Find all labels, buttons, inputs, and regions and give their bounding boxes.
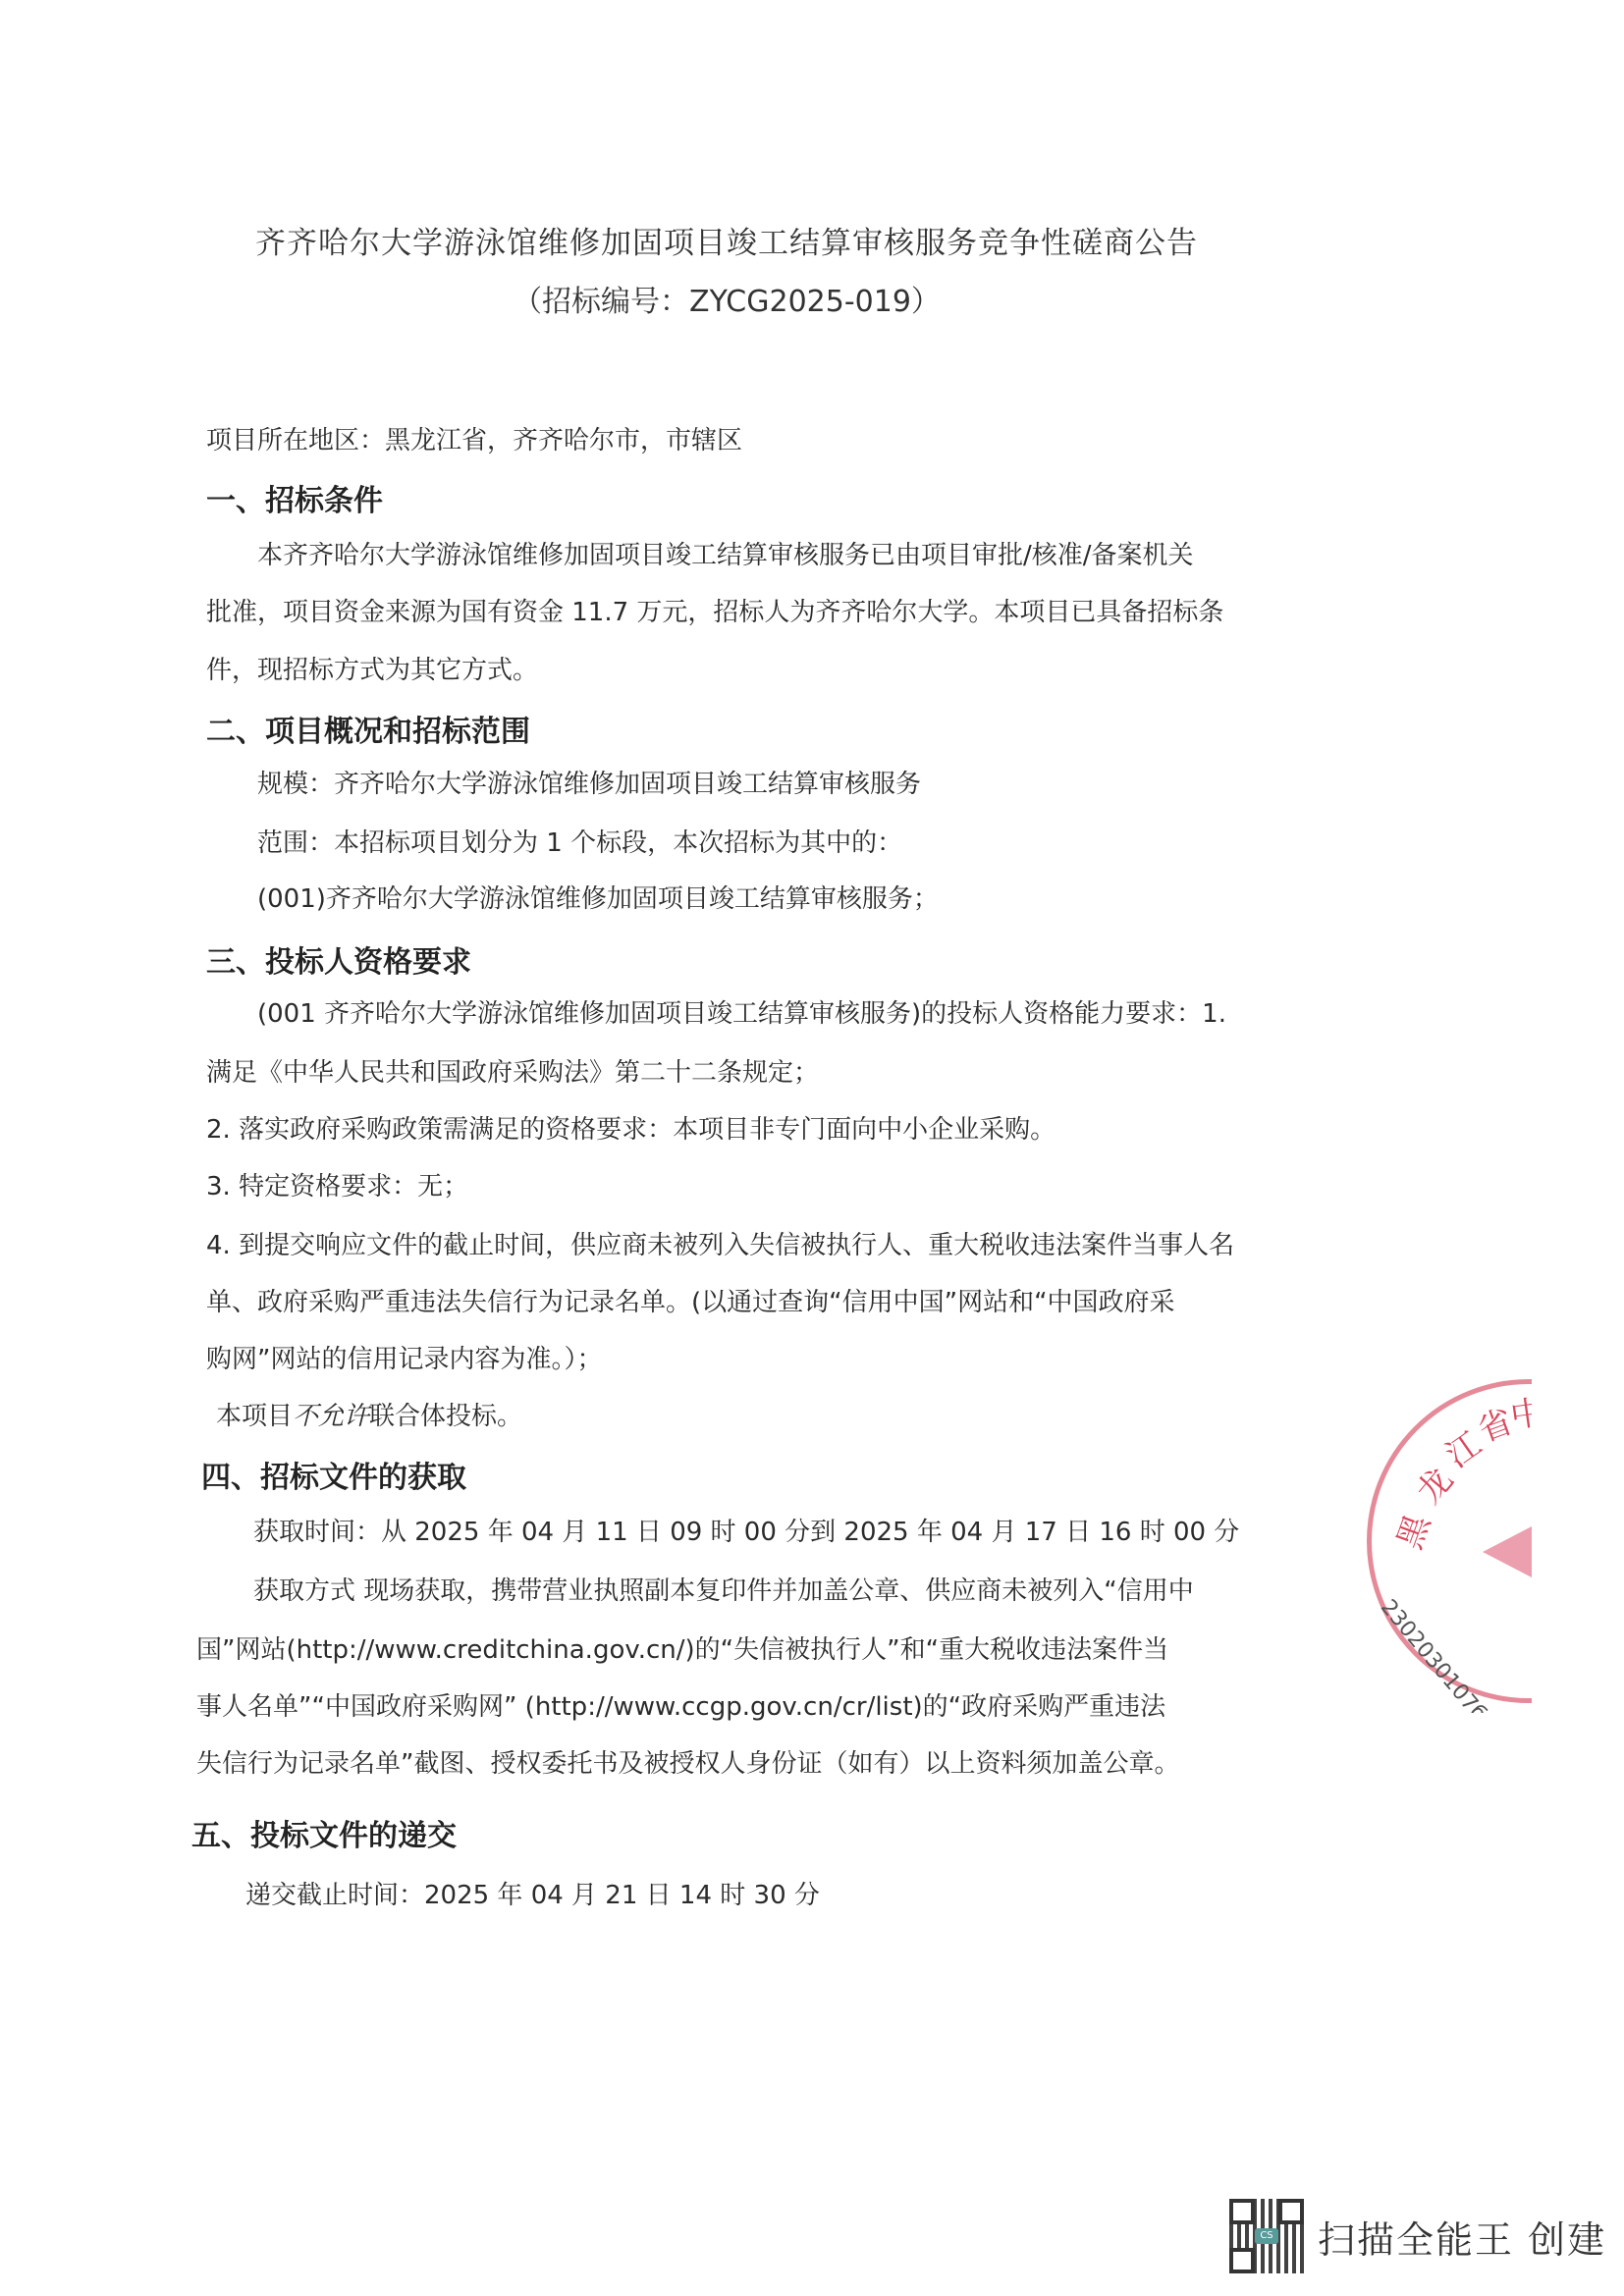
section-3-line: 购网”网站的信用记录内容为准。）； (206, 1339, 602, 1375)
section-heading-2: 二、项目概况和招标范围 (206, 707, 530, 750)
section-2-line: (001)齐齐哈尔大学游泳馆维修加固项目竣工结算审核服务； (257, 879, 939, 915)
scanned-document-page: 齐齐哈尔大学游泳馆维修加固项目竣工结算审核服务竞争性磋商公告 （招标编号：ZYC… (0, 0, 1624, 2296)
consortium-suffix: 联合体投标。 (369, 1402, 522, 1431)
section-4-line: 获取时间：从 2025 年 04 月 11 日 09 时 00 分到 2025 … (253, 1512, 1239, 1548)
official-seal: 黑 龙 江 省 中 2302030107б1 (1355, 1369, 1532, 1713)
section-4-line: 国”网站(http://www.creditchina.gov.cn/)的“失信… (196, 1629, 1168, 1666)
consortium-note: 本项目不允许联合体投标。 (216, 1396, 522, 1432)
section-3-line: 3. 特定资格要求：无； (206, 1166, 468, 1202)
section-3-line: 满足《中华人民共和国政府采购法》第二十二条规定； (206, 1052, 819, 1089)
section-3-line: (001 齐齐哈尔大学游泳馆维修加固项目竣工结算审核服务)的投标人资格能力要求：… (257, 993, 1226, 1030)
consortium-prefix: 本项目 (216, 1402, 293, 1431)
scanner-watermark: CS 扫描全能王 创建 (1229, 2199, 1606, 2273)
section-3-line: 2. 落实政府采购政策需满足的资格要求：本项目非专门面向中小企业采购。 (206, 1109, 1056, 1146)
section-5-line: 递交截止时间：2025 年 04 月 21 日 14 时 30 分 (245, 1875, 820, 1911)
section-1-line: 件，现招标方式为其它方式。 (206, 650, 538, 686)
tender-number: （招标编号：ZYCG2025-019） (0, 277, 1453, 320)
section-2-line: 范围：本招标项目划分为 1 个标段，本次招标为其中的： (257, 823, 902, 859)
section-4-line: 事人名单”“中国政府采购网” (http://www.ccgp.gov.cn/c… (196, 1686, 1165, 1723)
section-heading-3: 三、投标人资格要求 (206, 937, 471, 981)
section-4-line: 失信行为记录名单”截图、授权委托书及被授权人身份证（如有）以上资料须加盖公章。 (196, 1743, 1179, 1780)
section-3-line: 4. 到提交响应文件的截止时间，供应商未被列入失信被执行人、重大税收违法案件当事… (206, 1225, 1234, 1261)
section-2-line: 规模：齐齐哈尔大学游泳馆维修加固项目竣工结算审核服务 (257, 764, 921, 800)
section-heading-4: 四、招标文件的获取 (201, 1453, 466, 1496)
qr-code-icon: CS (1229, 2199, 1304, 2273)
section-heading-1: 一、招标条件 (206, 476, 383, 519)
section-4-line: 获取方式 现场获取，携带营业执照副本复印件并加盖公章、供应商未被列入“信用中 (253, 1571, 1194, 1607)
project-location: 项目所在地区：黑龙江省，齐齐哈尔市，市辖区 (206, 420, 742, 456)
section-heading-5: 五、投标文件的递交 (191, 1811, 457, 1854)
seal-star-icon (1483, 1526, 1532, 1577)
section-1-line: 本齐齐哈尔大学游泳馆维修加固项目竣工结算审核服务已由项目审批/核准/备案机关 (257, 535, 1194, 571)
consortium-emphasis: 不允许 (293, 1402, 369, 1431)
qr-center-logo: CS (1255, 2228, 1278, 2244)
section-1-line: 批准，项目资金来源为国有资金 11.7 万元，招标人为齐齐哈尔大学。本项目已具备… (206, 592, 1223, 628)
document-title: 齐齐哈尔大学游泳馆维修加固项目竣工结算审核服务竞争性磋商公告 (0, 218, 1453, 262)
watermark-text: 扫描全能王 创建 (1318, 2210, 1606, 2264)
section-3-line: 单、政府采购严重违法失信行为记录名单。(以通过查询“信用中国”网站和“中国政府采 (206, 1282, 1175, 1318)
